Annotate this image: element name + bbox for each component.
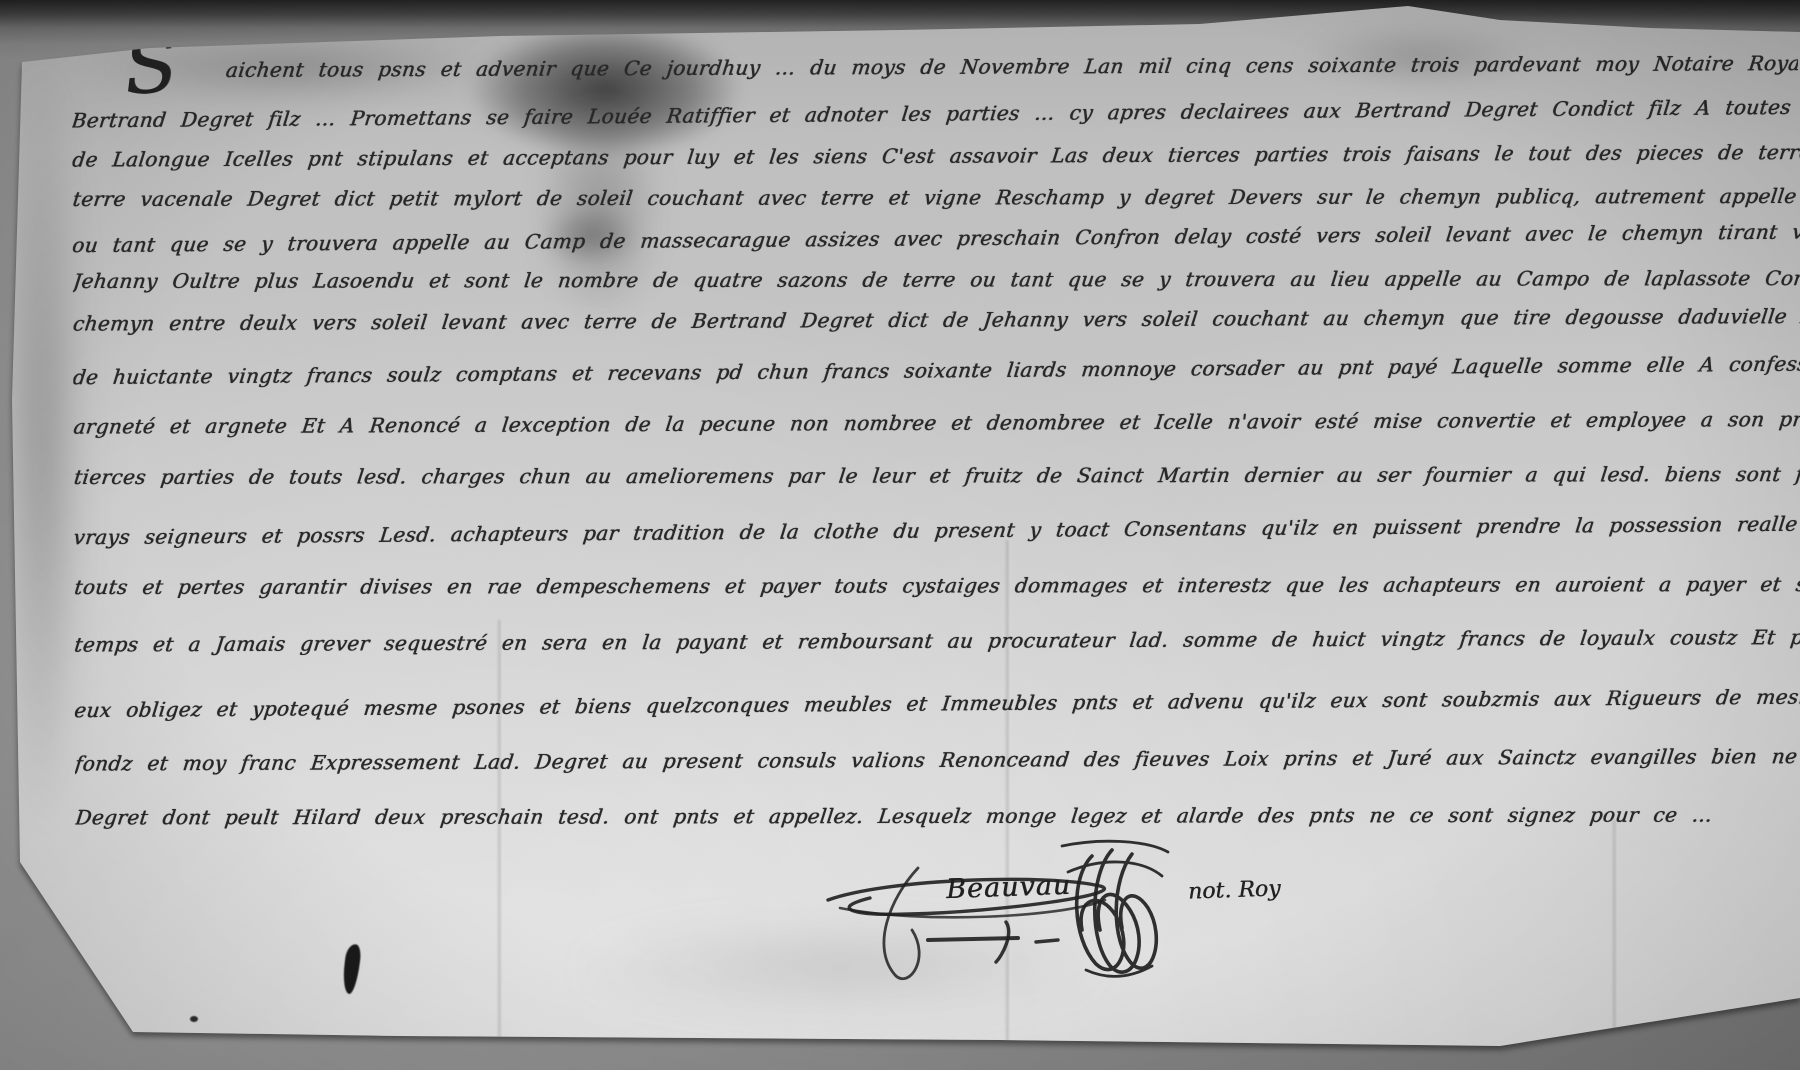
- text-line: eux obligez et ypotequé mesme psones et …: [75, 684, 1800, 722]
- drop-cap-initial: S: [121, 29, 179, 103]
- text-line: tierces parties de touts lesd. charges c…: [74, 457, 1800, 495]
- text-line: ou tant que se y trouvera appelle au Cam…: [73, 219, 1800, 257]
- signature-flourish: [800, 838, 1320, 988]
- text-line: Jehanny Oultre plus Lasoendu et sont le …: [73, 261, 1800, 299]
- text-line: de Lalongue Icelles pnt stipulans et acc…: [72, 137, 1800, 175]
- notary-title: not. Roy: [1188, 876, 1281, 904]
- text-line: chemyn entre deulx vers soleil levant av…: [73, 301, 1800, 339]
- signature-block: Beauvau not. Roy: [800, 838, 1320, 988]
- text-line: terre vacenale Degret dict petit mylort …: [72, 179, 1800, 217]
- ink-speck: [190, 1016, 198, 1022]
- text-line: argneté et argnete Et A Renoncé a lexcep…: [73, 404, 1800, 442]
- text-line: de huictante vingtz francs soulz comptan…: [73, 351, 1800, 389]
- parchment: S aichent tous psns et advenir que Ce jo…: [0, 0, 1800, 1070]
- text-line: Bertrand Degret filz … Promettans se fai…: [72, 94, 1800, 132]
- notary-paraph: [1062, 841, 1168, 976]
- text-line: Degret dont peult Hilard deux preschain …: [75, 797, 1800, 835]
- text-line: fondz et moy franc Expressement Lad. Deg…: [75, 741, 1800, 779]
- text-line: touts et pertes garantir divises en rae …: [74, 567, 1800, 605]
- text-line: temps et a Jamais grever sequestré en se…: [74, 622, 1800, 660]
- text-line: vrays seigneurs et possrs Lesd. achapteu…: [74, 511, 1800, 549]
- text-line: aichent tous psns et advenir que Ce jour…: [226, 48, 1798, 85]
- photo-background: S aichent tous psns et advenir que Ce jo…: [0, 0, 1800, 1070]
- signature-name: Beauvau: [945, 870, 1071, 905]
